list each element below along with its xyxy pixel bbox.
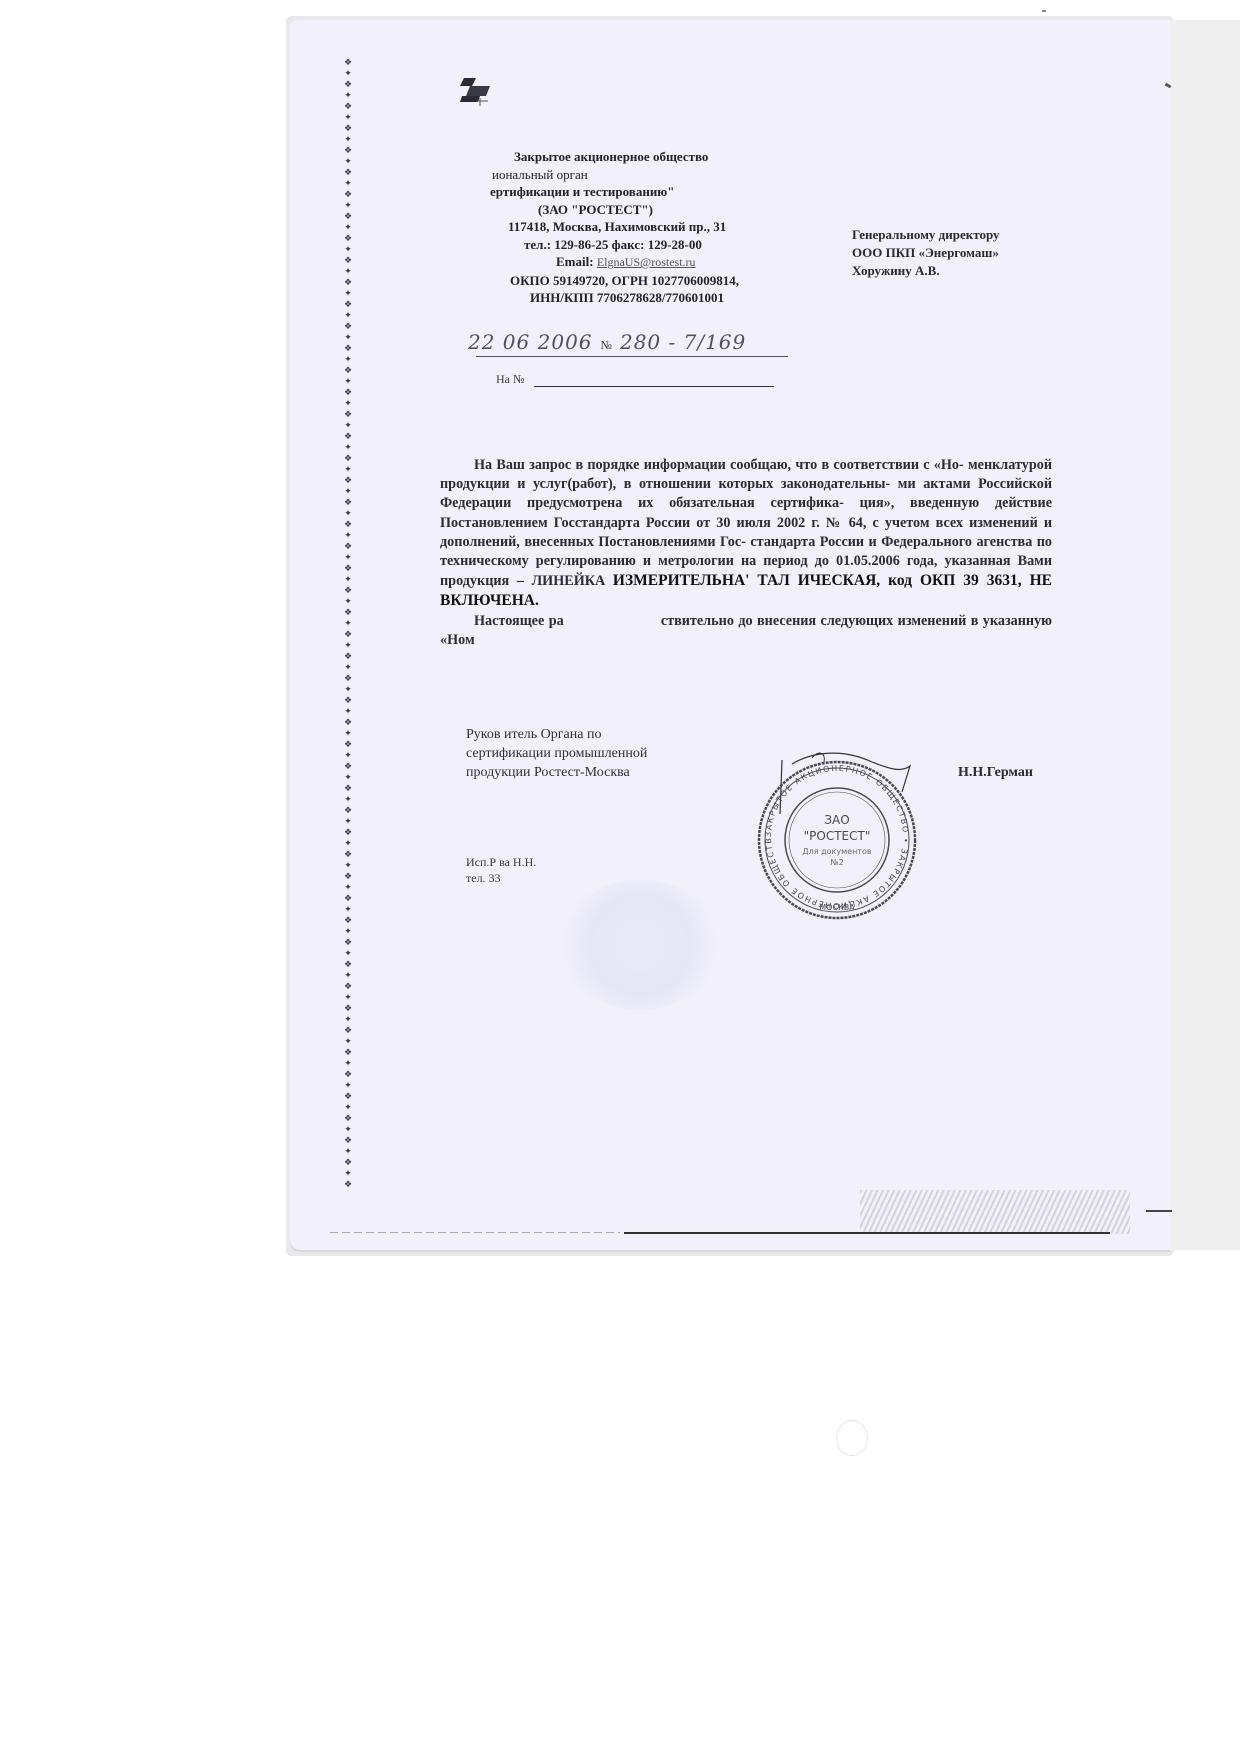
org-okpo-ogrn: ОКПО 59149720, ОГРН 1027706009814, bbox=[488, 272, 788, 290]
letter-body: На Ваш запрос в порядке информации сообщ… bbox=[440, 456, 1052, 650]
footer-rule bbox=[624, 1232, 1110, 1234]
stamp-center-line: №2 bbox=[830, 858, 843, 867]
scan-speck bbox=[1042, 10, 1046, 12]
executor-name: Исп.Р ва Н.Н. bbox=[466, 854, 536, 870]
executor-phone: тел. 33 bbox=[466, 870, 536, 886]
toner-smudge bbox=[860, 1190, 1130, 1234]
addressee-line: ООО ПКП «Энергомаш» bbox=[852, 244, 1072, 262]
scan-speck bbox=[836, 1420, 868, 1456]
body-paragraph-2: Настоящее ра ствительно до внесения след… bbox=[440, 612, 1052, 650]
addressee-block: Генеральному директору ООО ПКП «Энергома… bbox=[852, 226, 1072, 280]
signatory-title-line: Руков итель Органа по bbox=[466, 725, 726, 744]
letterhead: Закрытое акционерное общество иональный … bbox=[488, 148, 788, 307]
body-line: На Ваш запрос в порядке информации сообщ… bbox=[474, 457, 964, 473]
faint-stamp-imprint bbox=[560, 880, 720, 1010]
body-paragraph-1: На Ваш запрос в порядке информации сообщ… bbox=[440, 456, 1052, 612]
perforated-margin-strip: ❖✦❖✦❖✦❖✦❖✦❖✦❖✦❖✦❖✦❖✦❖✦❖✦❖✦❖✦❖✦❖✦❖✦❖✦❖✦❖✦… bbox=[345, 58, 353, 1188]
signatory-title-line: сертификации промышленной bbox=[466, 744, 726, 763]
email-label: Email: bbox=[556, 254, 594, 269]
email-link[interactable]: ElgnaUS@rostest.ru bbox=[597, 255, 696, 269]
stamp-center-line: ЗАО bbox=[824, 813, 849, 827]
org-address: 117418, Москва, Нахимовский пр., 31 bbox=[488, 218, 788, 236]
stamp-city: МОСКВА bbox=[819, 903, 855, 912]
org-phone-fax: тел.: 129-86-25 факс: 129-28-00 bbox=[488, 236, 788, 254]
org-short-name: (ЗАО "РОСТЕСТ") bbox=[488, 201, 788, 219]
reply-reference-line: На № bbox=[496, 372, 796, 387]
stamp-center-line: Для документов bbox=[802, 847, 871, 856]
stamp-center-line: "РОСТЕСТ" bbox=[804, 829, 871, 843]
number-sign: № bbox=[601, 338, 612, 352]
registration-line: 22 06 2006 № 280 - 7/169 bbox=[468, 330, 808, 360]
addressee-line: Генеральному директору bbox=[852, 226, 1072, 244]
reply-to-blank bbox=[534, 386, 774, 387]
org-name-line: Закрытое акционерное общество bbox=[488, 148, 788, 166]
faint-footer-rule bbox=[330, 1232, 620, 1233]
org-email-line: Email: ElgnaUS@rostest.ru bbox=[488, 253, 788, 272]
rostest-logo-icon bbox=[458, 76, 492, 106]
handwritten-date: 22 06 2006 bbox=[468, 330, 593, 354]
scanner-bed-edge bbox=[1166, 20, 1240, 1250]
signatory-title-line: продукции Ростест-Москва bbox=[466, 763, 726, 782]
org-name-line: ертификации и тестированию" bbox=[488, 183, 788, 201]
org-inn-kpp: ИНН/КПП 7706278628/770601001 bbox=[488, 289, 788, 307]
body-line: Настоящее ра bbox=[474, 613, 564, 629]
registration-underline bbox=[476, 356, 788, 357]
addressee-line: Хоружину А.В. bbox=[852, 262, 1072, 280]
signatory-name: Н.Н.Герман bbox=[958, 765, 1033, 781]
company-seal-stamp: ЗАКРЫТОЕ АКЦИОНЕРНОЕ ОБЩЕСТВО • ЗАКРЫТОЕ… bbox=[752, 752, 922, 922]
reply-to-label: На № bbox=[496, 372, 524, 386]
edge-mark bbox=[1146, 1210, 1172, 1212]
signatory-title: Руков итель Органа по сертификации промы… bbox=[466, 725, 726, 782]
executor-info: Исп.Р ва Н.Н. тел. 33 bbox=[466, 854, 536, 886]
handwritten-number: 280 - 7/169 bbox=[620, 330, 746, 354]
body-line: ствительно до внесения следующих изменен… bbox=[661, 613, 979, 629]
org-name-line: иональный орган bbox=[488, 166, 788, 184]
